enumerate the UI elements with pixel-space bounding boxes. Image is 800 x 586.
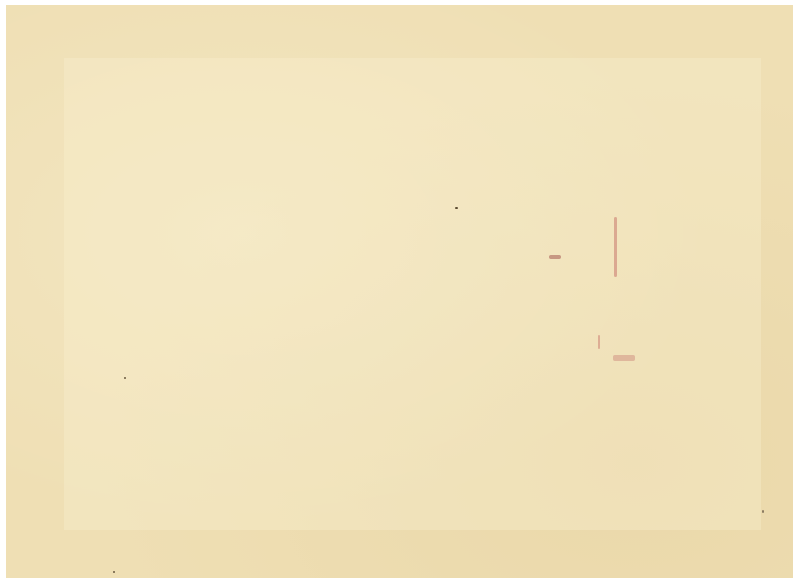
speck [455, 207, 458, 209]
speck [762, 510, 764, 513]
red-stain-bottom [613, 355, 635, 361]
inner-lighter-panel [64, 58, 761, 530]
speck [124, 377, 126, 379]
paper-sheet [6, 5, 793, 578]
speck [113, 571, 115, 573]
red-stain-dots [549, 255, 561, 259]
red-stain-small [598, 335, 600, 349]
red-stain-vertical [614, 217, 617, 277]
